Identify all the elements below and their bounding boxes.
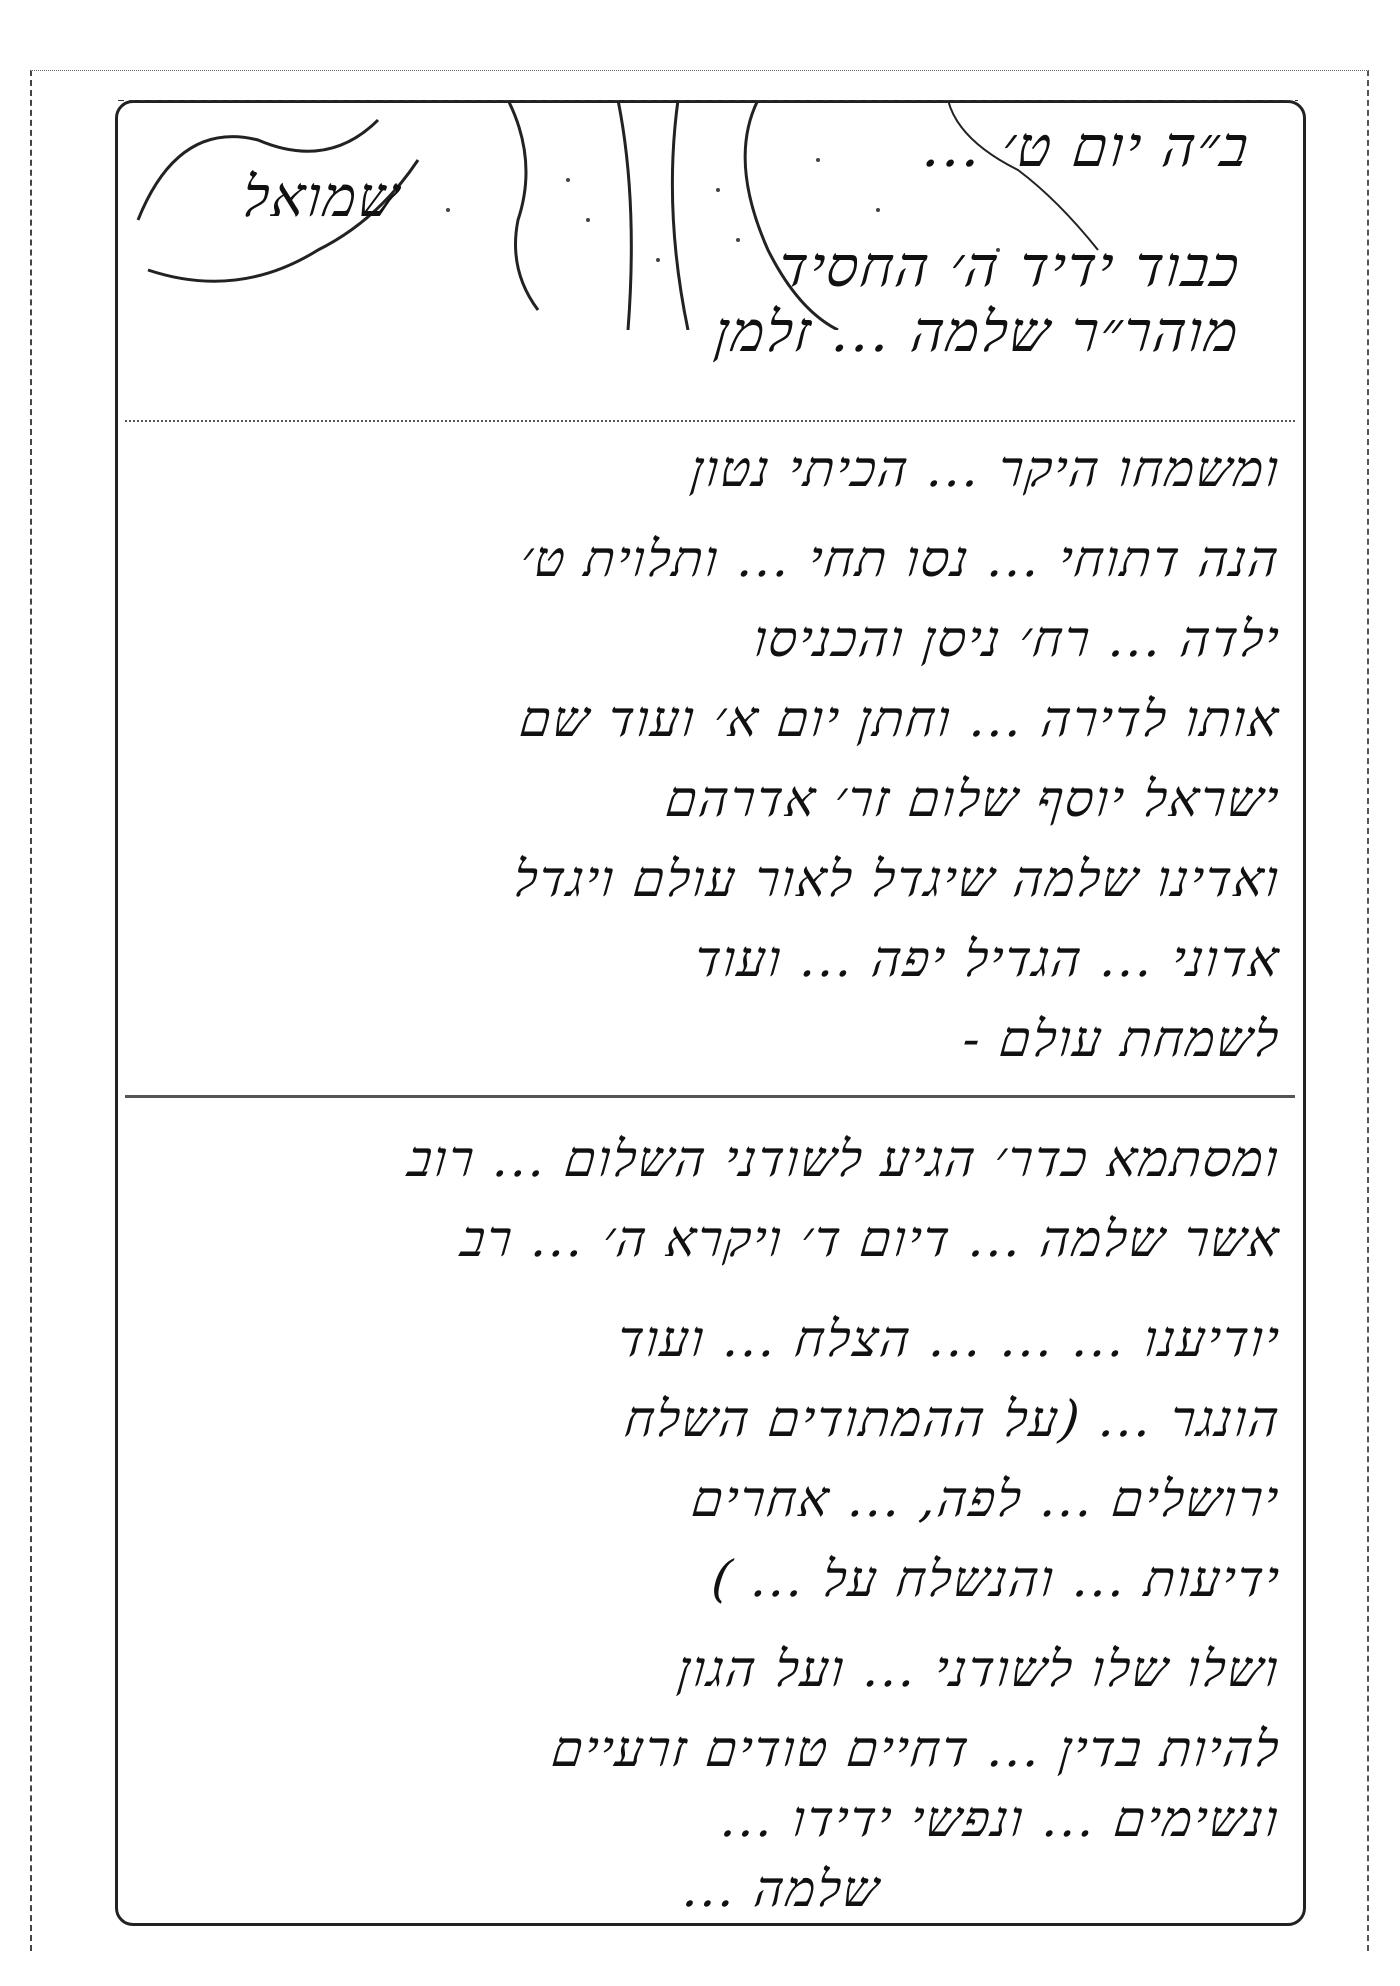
body-line: אותו לדירה ... וחתן יום א׳ ועוד שם [517, 690, 1283, 748]
body-line: אדוני ... הגדיל יפה ... ועוד [692, 930, 1283, 988]
body-line: ידיעות ... והנשלח על ... ) [709, 1550, 1283, 1608]
body-line: ישראל יוסף שלום זר׳ אדרהם [663, 770, 1283, 828]
section-divider [125, 1095, 1295, 1098]
body-line: ומסתמא כדר׳ הגיע לשודני השלום ... רוב [405, 1130, 1283, 1188]
body-line: ילדה ... רח׳ ניסן והכניסו [751, 610, 1283, 668]
body-line: ומשמחו היקר ... הכיתי נטון [688, 440, 1283, 498]
header-line-4: מוהר״ר שלמה ... זלמן [712, 300, 1243, 365]
header-line-2: שמואל [240, 165, 404, 230]
body-line: אשר שלמה ... דיום ד׳ ויקרא ה׳ ... רב [458, 1210, 1283, 1268]
body-line: להיות בדין ... דחיים טודים זרעיים [549, 1720, 1283, 1778]
body-line: ואדינו שלמה שיגדל לאור עולם ויגדל [511, 850, 1283, 908]
signature: שלמה ... [680, 1860, 883, 1918]
body-line: הונגר ... (על ההמתודים השלח [622, 1390, 1283, 1448]
body-line: לשמחת עולם - [960, 1010, 1283, 1068]
body-line: ושלו שלו לשודני ... ועל הגון [675, 1640, 1283, 1698]
header-line-3: כבוד ידיד ה׳ החסיד [775, 235, 1243, 300]
header-line-1: ב״ה יום ט׳ ... [920, 115, 1253, 180]
body-line: ונשימים ... ונפשי ידידו ... [718, 1790, 1283, 1848]
header-divider [125, 420, 1295, 422]
body-line: הנה דתוחי ... נסו תחי ... ותלוית ט׳ [518, 530, 1283, 588]
body-line: ירושלים ... לפה, ... אחרים [689, 1470, 1283, 1528]
body-line: יודיענו ... ... ... הצלח ... ועוד [615, 1310, 1284, 1368]
